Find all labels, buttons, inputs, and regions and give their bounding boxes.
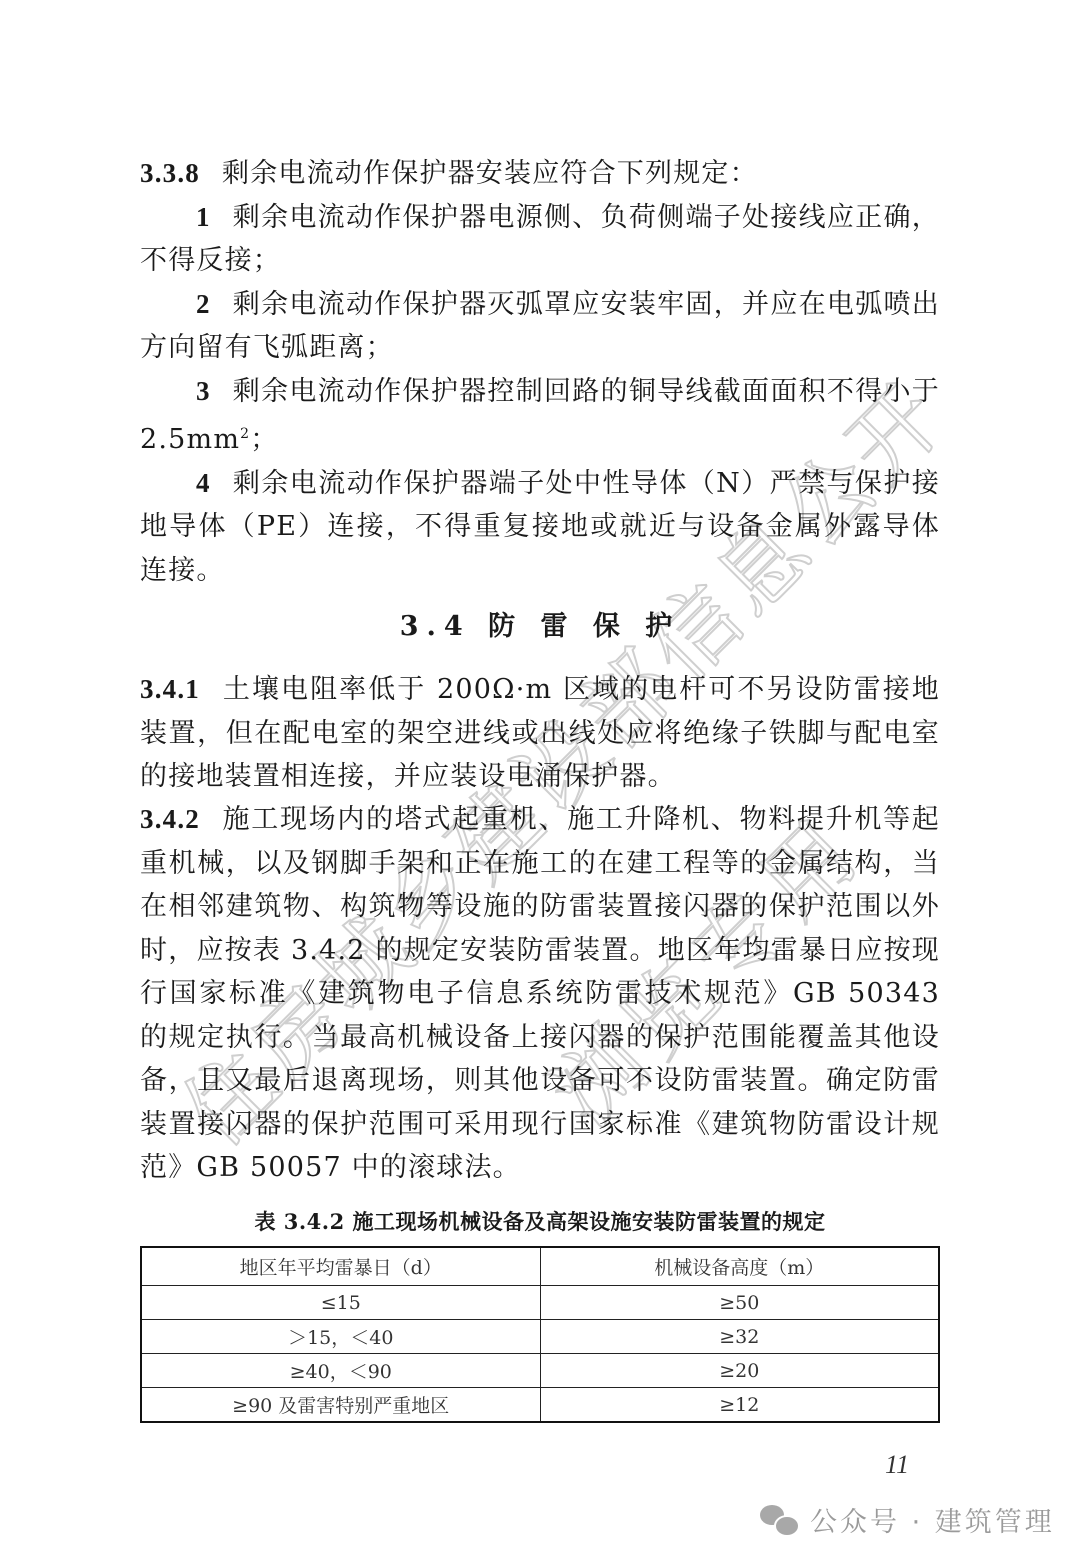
item-text: 剩余电流动作保护器电源侧、负荷侧端子处接线应正确，	[233, 202, 940, 233]
table-row: ≥90 及雷害特别严重地区 ≥12	[141, 1388, 939, 1423]
footer-account-name: 公众号 · 建筑管理	[810, 1500, 1055, 1539]
item-text: 剩余电流动作保护器灭弧罩应安装牢固，并应在电弧喷	[233, 289, 912, 320]
list-item-1: 1剩余电流动作保护器电源侧、负荷侧端子处接线应正确，不得反接；	[140, 196, 940, 283]
item-number: 4	[196, 468, 211, 498]
item-text: 剩余电流动作保护器端子处中性导体（N）严禁与保护	[233, 468, 912, 499]
cell-days: ＞15，＜40	[141, 1320, 540, 1354]
table-row: ≥40，＜90 ≥20	[141, 1354, 939, 1388]
clause-3-4-2: 3.4.2施工现场内的塔式起重机、施工升降机、物料提升机等起重机械，以及钢脚手架…	[140, 798, 940, 1190]
header-thunderstorm-days: 地区年平均雷暴日（d）	[141, 1247, 540, 1286]
clause-number: 3.3.8	[140, 158, 200, 188]
clause-text: 土壤电阻率低于 200Ω·m 区域的电杆可不另设防雷接地装置，但在配电室的架空进…	[140, 674, 940, 792]
page-number: 11	[885, 1450, 909, 1480]
table-3-4-2: 地区年平均雷暴日（d） 机械设备高度（m） ≤15 ≥50 ＞15，＜40 ≥3…	[140, 1246, 940, 1423]
clause-paragraph: 3.4.1土壤电阻率低于 200Ω·m 区域的电杆可不另设防雷接地装置，但在配电…	[140, 668, 940, 799]
list-item-2: 2剩余电流动作保护器灭弧罩应安装牢固，并应在电弧喷出方向留有飞弧距离；	[140, 283, 940, 370]
wechat-icon	[760, 1503, 800, 1537]
clause-3-3-8: 3.3.8剩余电流动作保护器安装应符合下列规定： 1剩余电流动作保护器电源侧、负…	[140, 152, 940, 592]
clause-paragraph: 3.4.2施工现场内的塔式起重机、施工升降机、物料提升机等起重机械，以及钢脚手架…	[140, 798, 940, 1190]
list-item-3: 3剩余电流动作保护器控制回路的铜导线截面面积不得小于 2.5mm2；	[140, 370, 940, 462]
item-text-cont: 不得反接；	[140, 245, 281, 276]
item-text-end: ；	[250, 424, 278, 455]
clause-3-4-1: 3.4.1土壤电阻率低于 200Ω·m 区域的电杆可不另设防雷接地装置，但在配电…	[140, 668, 940, 799]
list-item-4: 4剩余电流动作保护器端子处中性导体（N）严禁与保护接地导体（PE）连接，不得重复…	[140, 462, 940, 593]
superscript: 2	[240, 426, 250, 442]
item-number: 2	[196, 289, 211, 319]
clause-text: 施工现场内的塔式起重机、施工升降机、物料提升机等起重机械，以及钢脚手架和正在施工…	[140, 804, 940, 1183]
cell-height: ≥32	[540, 1320, 939, 1354]
clause-number: 3.4.2	[140, 804, 200, 834]
table-caption: 表 3.4.2 施工现场机械设备及高架设施安装防雷装置的规定	[140, 1206, 940, 1236]
table-header-row: 地区年平均雷暴日（d） 机械设备高度（m）	[141, 1247, 939, 1286]
table-caption-wrap: 表 3.4.2 施工现场机械设备及高架设施安装防雷装置的规定	[140, 1206, 940, 1236]
table-row: ＞15，＜40 ≥32	[141, 1320, 939, 1354]
item-number: 1	[196, 202, 211, 232]
cell-height: ≥20	[540, 1354, 939, 1388]
cell-days: ≥90 及雷害特别严重地区	[141, 1388, 540, 1423]
clause-number: 3.4.1	[140, 674, 200, 704]
section-title: 3.4 防 雷 保 护	[140, 604, 940, 643]
lightning-protection-table: 地区年平均雷暴日（d） 机械设备高度（m） ≤15 ≥50 ＞15，＜40 ≥3…	[140, 1246, 940, 1423]
item-text: 剩余电流动作保护器控制回路的铜导线截面面积不得小	[233, 376, 912, 407]
cell-days: ≥40，＜90	[141, 1354, 540, 1388]
table-row: ≤15 ≥50	[141, 1286, 939, 1320]
cell-height: ≥50	[540, 1286, 939, 1320]
clause-text: 剩余电流动作保护器安装应符合下列规定：	[222, 158, 758, 189]
section-3-4: 3.4 防 雷 保 护	[140, 604, 940, 643]
header-equipment-height: 机械设备高度（m）	[540, 1247, 939, 1286]
cell-height: ≥12	[540, 1388, 939, 1423]
cell-days: ≤15	[141, 1286, 540, 1320]
wechat-footer[interactable]: 公众号 · 建筑管理	[760, 1500, 1055, 1539]
clause-heading: 3.3.8剩余电流动作保护器安装应符合下列规定：	[140, 152, 940, 196]
item-number: 3	[196, 376, 211, 406]
